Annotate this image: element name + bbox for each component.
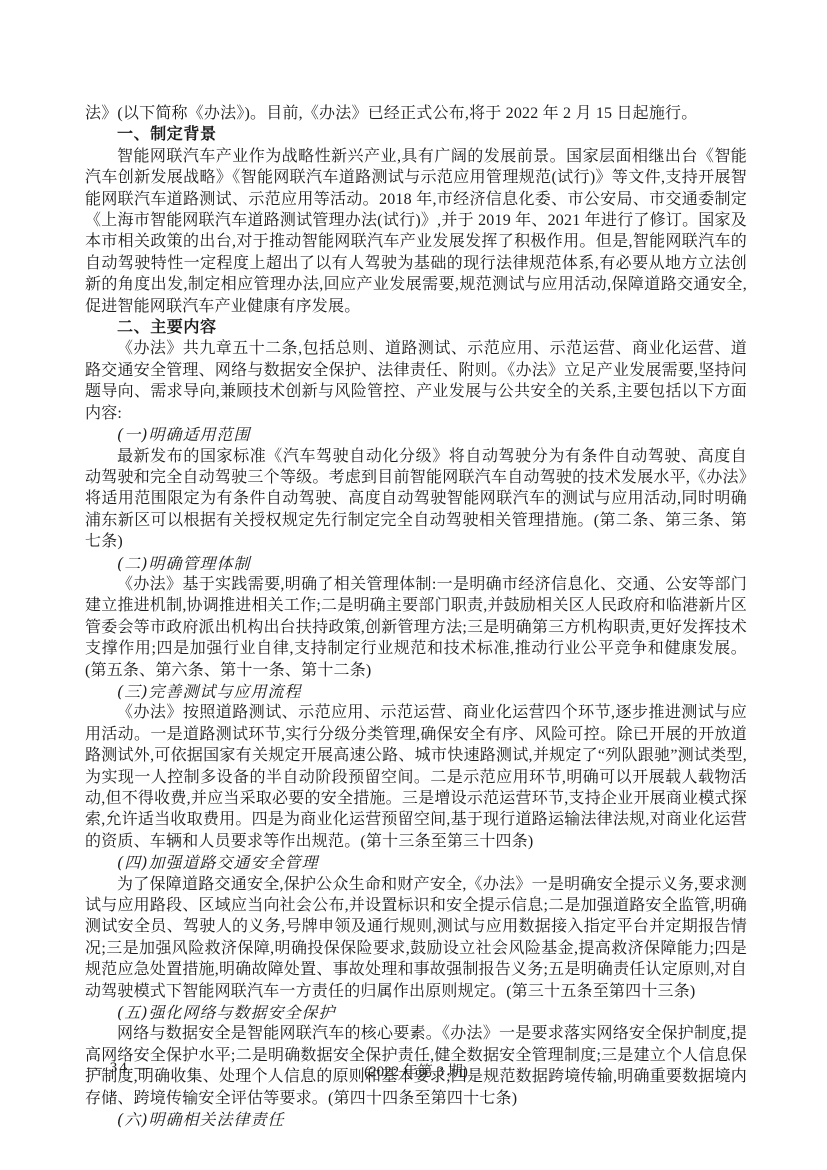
subheading-legal-liability: (六)明确相关法律责任 [85,1109,747,1130]
page-number: — 34 — [87,1060,152,1077]
paragraph-background: 智能网联汽车产业作为战略性新兴产业,具有广阔的发展前景。国家层面相继出台《智能汽… [85,146,747,317]
subheading-management-system: (二)明确管理体制 [85,553,747,574]
subheading-data-security: (五)强化网络与数据安全保护 [85,1002,747,1023]
subheading-test-process: (三)完善测试与应用流程 [85,681,747,702]
document-body: 法》(以下简称《办法》)。目前,《办法》已经正式公布,将于 2022 年 2 月… [85,103,747,1131]
page-footer: (2022 年第 3 期) — 34 — [85,1060,747,1084]
paragraph-road-safety: 为了保障道路交通安全,保护公众生命和财产安全,《办法》一是明确安全提示义务,要求… [85,874,747,1002]
document-page: 法》(以下简称《办法》)。目前,《办法》已经正式公布,将于 2022 年 2 月… [0,0,827,1170]
section-heading-main-content: 二、主要内容 [85,317,747,338]
continuation-paragraph: 法》(以下简称《办法》)。目前,《办法》已经正式公布,将于 2022 年 2 月… [85,103,747,124]
paragraph-overview: 《办法》共九章五十二条,包括总则、道路测试、示范应用、示范运营、商业化运营、道路… [85,338,747,424]
paragraph-scope: 最新发布的国家标准《汽车驾驶自动化分级》将自动驾驶分为有条件自动驾驶、高度自动驾… [85,446,747,553]
section-heading-background: 一、制定背景 [85,124,747,145]
subheading-road-safety: (四)加强道路交通安全管理 [85,852,747,873]
paragraph-test-process: 《办法》按照道路测试、示范应用、示范运营、商业化运营四个环节,逐步推进测试与应用… [85,702,747,852]
paragraph-management-system: 《办法》基于实践需要,明确了相关管理体制:一是明确市经济信息化、交通、公安等部门… [85,574,747,681]
subheading-scope: (一)明确适用范围 [85,424,747,445]
journal-issue-label: (2022 年第 3 期) [85,1060,747,1081]
